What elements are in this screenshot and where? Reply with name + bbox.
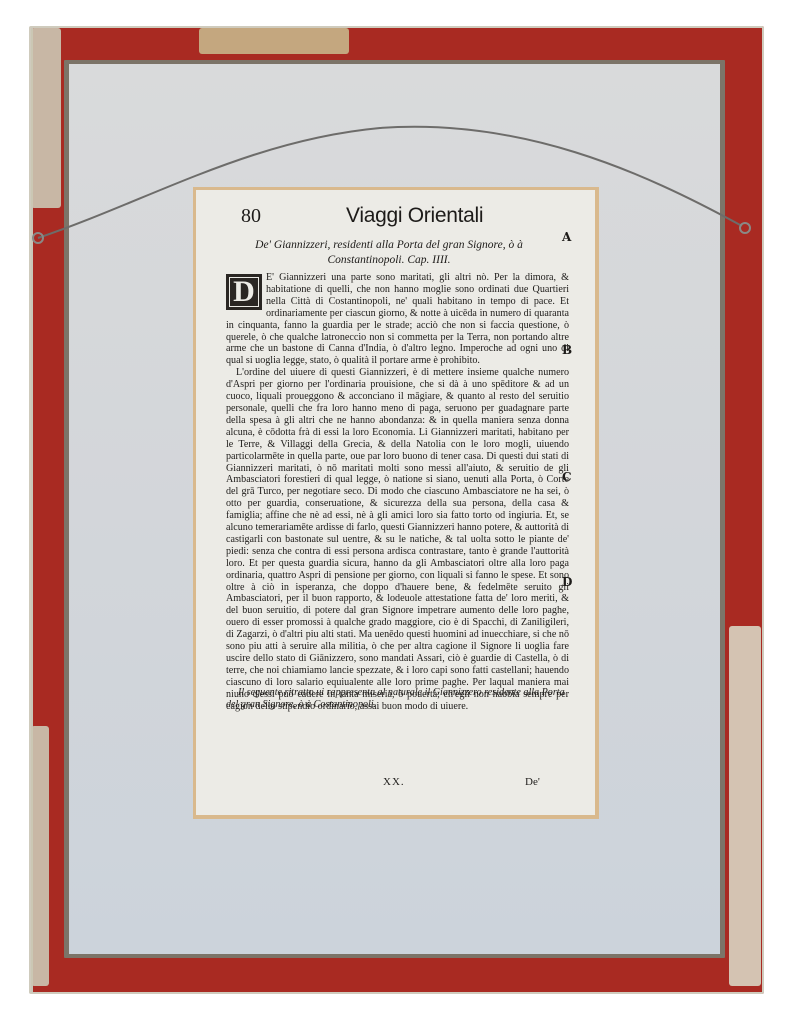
catchword: De' (525, 776, 540, 788)
frame-paint-wear (31, 726, 49, 986)
paragraph-1: DE' Giannizzeri una parte sono maritati,… (226, 272, 569, 367)
paragraph-1-text: E' Giannizzeri una parte sono maritati, … (226, 272, 569, 366)
portrait-caption: Il seguente ritratto ui rappresenta al n… (226, 687, 569, 711)
decorated-initial: D (226, 274, 262, 310)
margin-letter-a: A (562, 230, 571, 244)
page-number: 80 (241, 205, 261, 228)
book-page: 80 Viaggi Orientali A B C D De' Giannizz… (196, 190, 595, 815)
frame-paint-wear (31, 28, 61, 208)
body-text: DE' Giannizzeri una parte sono maritati,… (226, 272, 569, 713)
frame-paint-wear (199, 28, 349, 54)
signature-mark: XX. (383, 776, 405, 788)
chapter-title: De' Giannizzeri, residenti alla Porta de… (254, 238, 524, 268)
paragraph-2: L'ordine del uiuere di questi Giannizzer… (226, 367, 569, 712)
frame-paint-wear (729, 626, 761, 986)
running-title: Viaggi Orientali (346, 204, 483, 228)
